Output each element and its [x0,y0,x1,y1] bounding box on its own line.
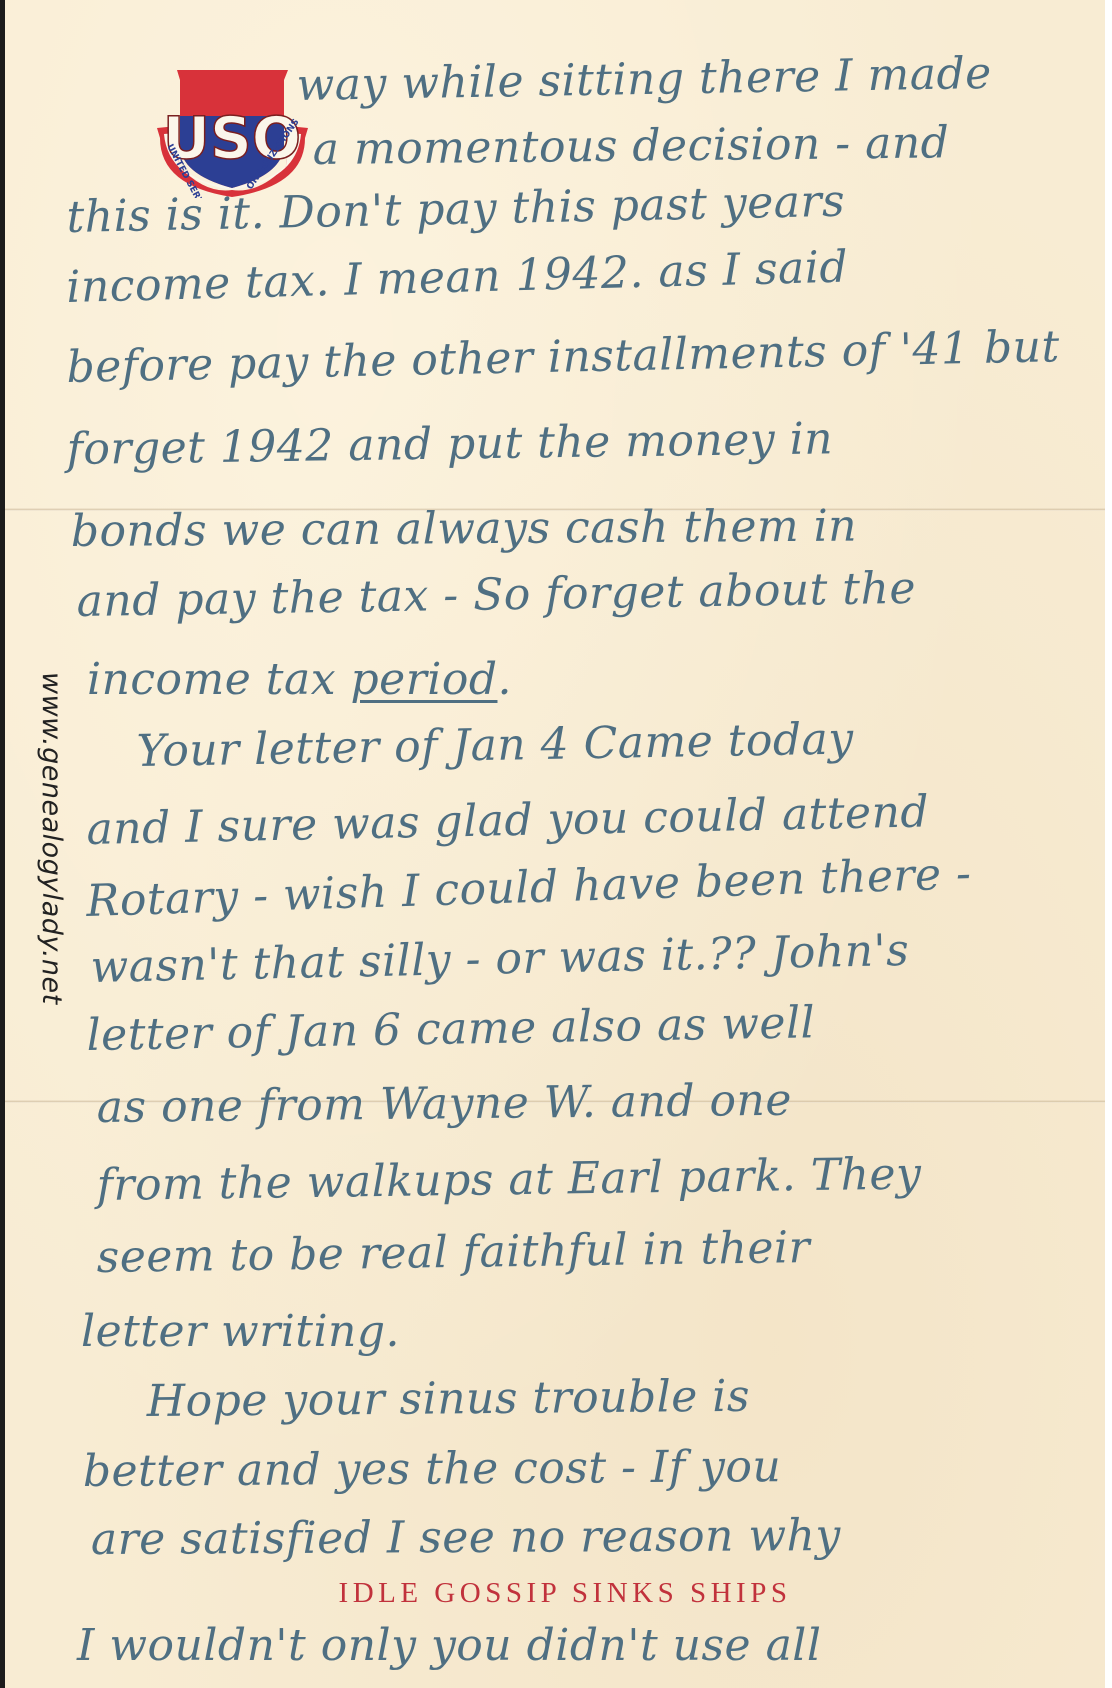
letter-line-text: income tax [87,654,351,705]
letter-line: forget 1942 and put the money in [66,417,833,472]
scan-edge [1105,0,1112,1688]
letter-line: income tax period. [87,658,512,702]
letter-line: Hope your sinus trouble is [147,1375,750,1424]
letter-line: way while sitting there I made [296,52,992,108]
letter-line: bonds we can always cash them in [71,505,857,554]
letter-line: income tax. I mean 1942. as I said [66,246,849,310]
letter-line: letter of Jan 6 came also as well [86,1001,815,1058]
letter-page: USO UNITED SERVICE ORGANIZATIONS www.gen… [0,0,1105,1688]
watermark-url: www.genealogylady.net [27,672,67,1032]
letter-line: Rotary - wish I could have been there - [86,852,972,924]
letter-line: are satisfied I see no reason why [91,1514,841,1562]
letter-line: letter writing. [81,1310,400,1354]
letter-line: this is it. Don't pay this past years [66,180,845,240]
letter-line: from the walkups at Earl park. They [96,1152,921,1208]
uso-shield-logo-icon: USO UNITED SERVICE ORGANIZATIONS [155,66,310,198]
letter-line: wasn't that silly - or was it.?? John's [90,929,910,990]
footer-motto: IDLE GOSSIP SINKS SHIPS [5,1577,1105,1610]
letter-line: and pay the tax - So forget about the [76,567,916,624]
letter-line: seem to be real faithful in their [96,1226,810,1280]
letter-line: I wouldn't only you didn't use all [77,1624,821,1668]
letter-line: and I sure was glad you could attend [86,790,929,852]
underlined-word: period [351,654,498,705]
letter-line-suffix: . [497,654,512,705]
letter-line: Your letter of Jan 4 Came today [136,717,854,774]
letter-line: a momentous decision - and [313,121,950,172]
letter-line: before pay the other installments of '41… [66,325,1060,390]
letter-line: as one from Wayne W. and one [97,1079,793,1130]
letter-line: better and yes the cost - If you [83,1445,782,1494]
